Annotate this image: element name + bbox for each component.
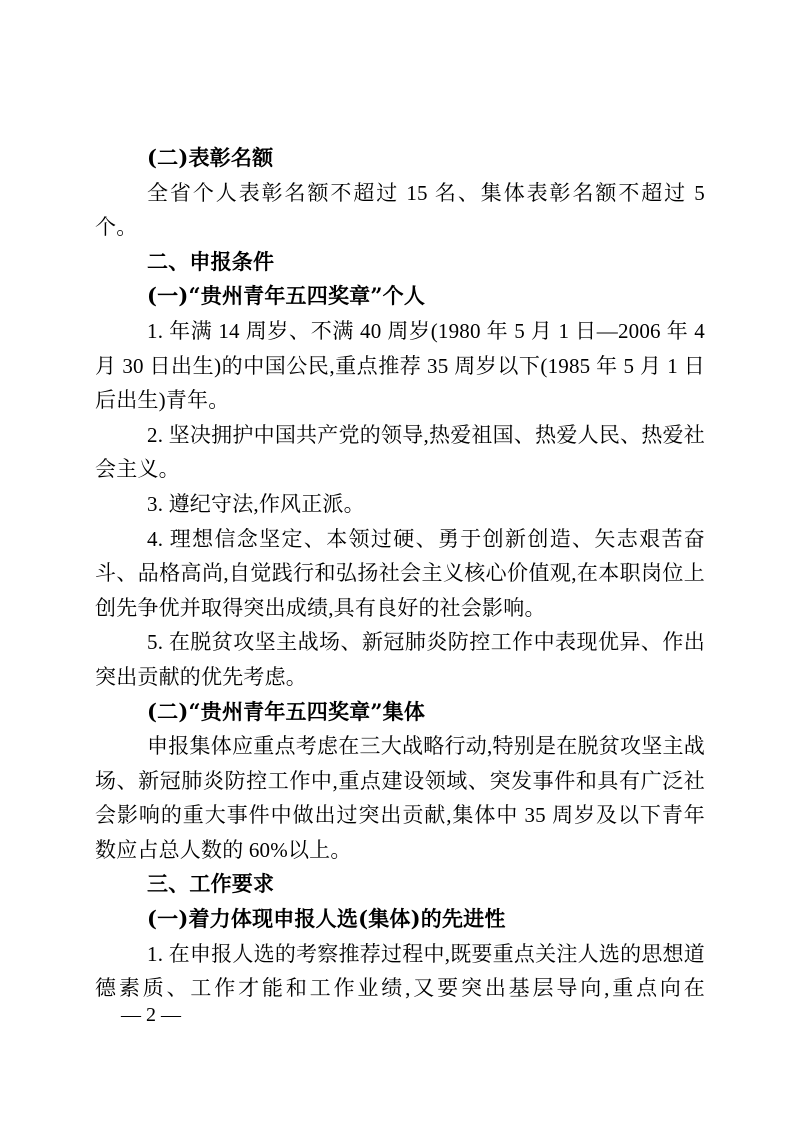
paragraph-collective-requirements: 申报集体应重点考虑在三大战略行动,特别是在脱贫攻坚主战场、新冠肺炎防控工作中,重… [95,729,705,867]
section-heading-application-conditions: 二、申报条件 [95,245,705,280]
subsection-heading-collective-medal: (二)“贵州青年五四奖章”集体 [95,695,705,730]
document-body: (二)表彰名额 全省个人表彰名额不超过 15 名、集体表彰名额不超过 5 个。 … [95,141,705,1006]
document-page: (二)表彰名额 全省个人表彰名额不超过 15 名、集体表彰名额不超过 5 个。 … [0,0,793,1122]
paragraph-quota: 全省个人表彰名额不超过 15 名、集体表彰名额不超过 5 个。 [95,176,705,245]
paragraph-condition-1: 1. 年满 14 周岁、不满 40 周岁(1980 年 5 月 1 日—2006… [95,314,705,418]
section-heading-work-requirements: 三、工作要求 [95,867,705,902]
paragraph-condition-2: 2. 坚决拥护中国共产党的领导,热爱祖国、热爱人民、热爱社会主义。 [95,418,705,487]
paragraph-work-requirement-1: 1. 在申报人选的考察推荐过程中,既要重点关注人选的思想道德素质、工作才能和工作… [95,937,705,1006]
paragraph-condition-4: 4. 理想信念坚定、本领过硬、勇于创新创造、矢志艰苦奋斗、品格高尚,自觉践行和弘… [95,522,705,626]
subsection-heading-individual-medal: (一)“贵州青年五四奖章”个人 [95,279,705,314]
subsection-heading-advancedness: (一)着力体现申报人选(集体)的先进性 [95,902,705,937]
paragraph-condition-3: 3. 遵纪守法,作风正派。 [95,487,705,522]
subsection-heading-commendation-quota: (二)表彰名额 [95,141,705,176]
page-number: — 2 — [121,1002,181,1028]
paragraph-condition-5: 5. 在脱贫攻坚主战场、新冠肺炎防控工作中表现优异、作出突出贡献的优先考虑。 [95,625,705,694]
